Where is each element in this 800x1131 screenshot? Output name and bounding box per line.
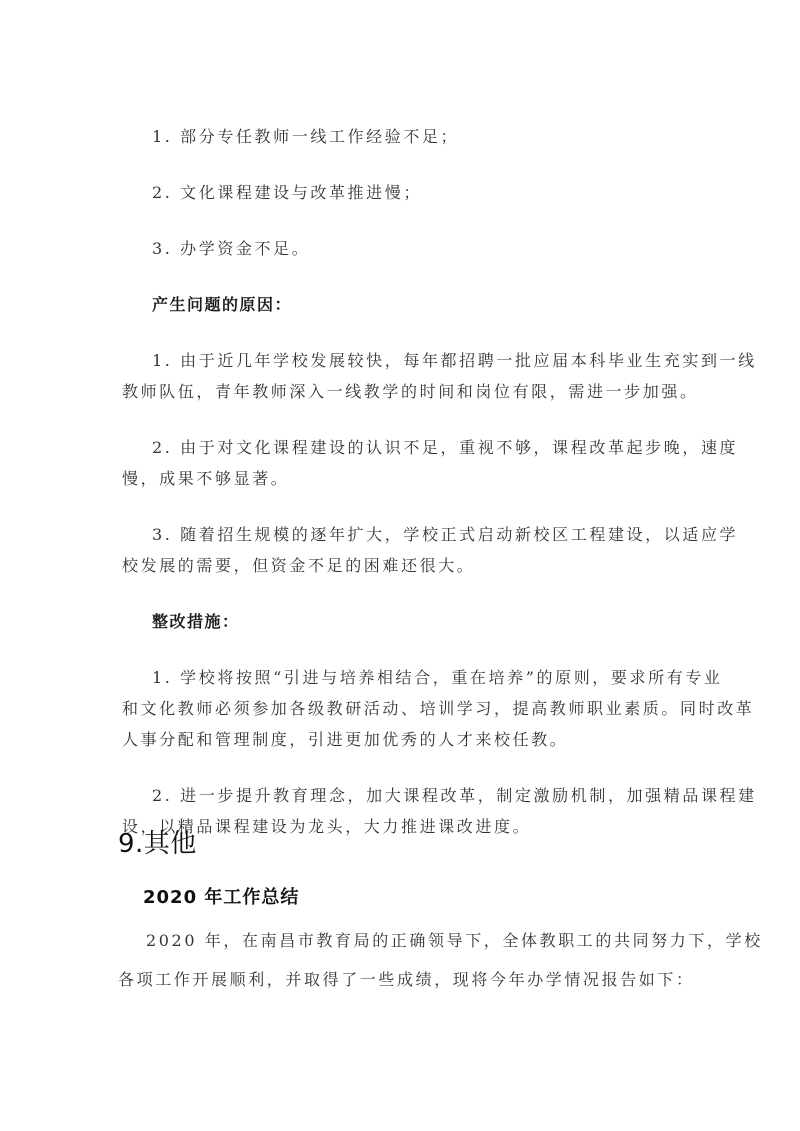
- subsection-heading: 2020 年工作总结: [143, 886, 299, 910]
- cause-1-line-2: 教师队伍，青年教师深入一线教学的时间和岗位有限，需进一步加强。: [122, 382, 699, 402]
- measure-1-line-3: 人事分配和管理制度，引进更加优秀的人才来校任教。: [122, 730, 568, 750]
- summary-line-2: 各项工作开展顺利，并取得了一些成绩，现将今年办学情况报告如下：: [118, 970, 695, 990]
- problem-item-3: 3. 办学资金不足。: [152, 239, 310, 259]
- section-heading: 9.其他: [118, 828, 197, 860]
- cause-1-line-1: 1. 由于近几年学校发展较快，每年都招聘一批应届本科毕业生充实到一线: [152, 351, 757, 371]
- summary-line-1: 2020 年，在南昌市教育局的正确领导下，全体教职工的共同努力下，学校: [146, 931, 763, 951]
- cause-3-line-2: 校发展的需要，但资金不足的困难还很大。: [122, 556, 475, 576]
- measures-heading: 整改措施：: [152, 612, 240, 632]
- measure-1-line-1: 1. 学校将按照“引进与培养相结合，重在培养”的原则，要求所有专业: [152, 668, 723, 688]
- measure-2-line-1: 2. 进一步提升教育理念，加大课程改革，制定激励机制，加强精品课程建: [152, 786, 757, 806]
- problem-item-2: 2. 文化课程建设与改革推进慢；: [152, 183, 422, 203]
- causes-heading: 产生问题的原因：: [152, 295, 292, 315]
- cause-3-line-1: 3. 随着招生规模的逐年扩大，学校正式启动新校区工程建设，以适应学: [152, 525, 738, 545]
- measure-1-line-2: 和文化教师必须参加各级教研活动、培训学习，提高教师职业素质。同时改革: [122, 699, 754, 719]
- cause-2-line-1: 2. 由于对文化课程建设的认识不足，重视不够，课程改革起步晚，速度: [152, 438, 738, 458]
- cause-2-line-2: 慢，成果不够显著。: [122, 469, 289, 489]
- problem-item-1: 1. 部分专任教师一线工作经验不足；: [152, 127, 459, 147]
- document-page: 1. 部分专任教师一线工作经验不足； 2. 文化课程建设与改革推进慢； 3. 办…: [0, 0, 800, 1131]
